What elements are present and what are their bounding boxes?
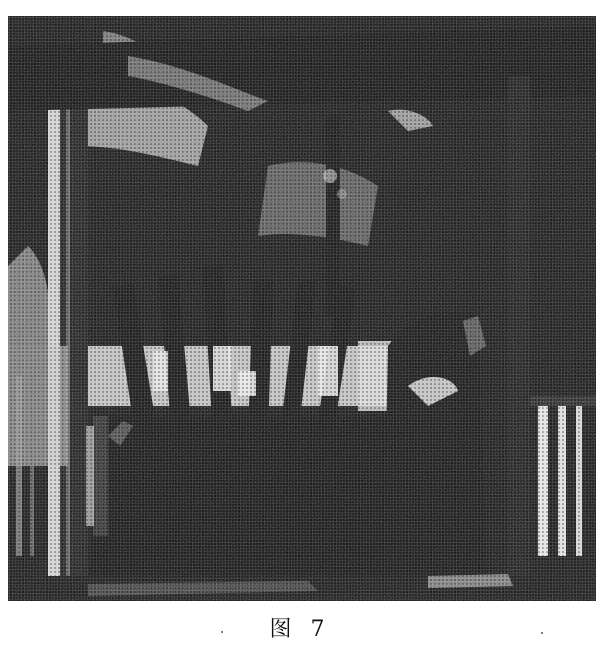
figure-caption: 图 7: [0, 612, 600, 643]
substation-photo-drawing: [8, 16, 596, 601]
substation-photo: [8, 16, 596, 601]
document-figure: 图 7: [0, 0, 600, 650]
